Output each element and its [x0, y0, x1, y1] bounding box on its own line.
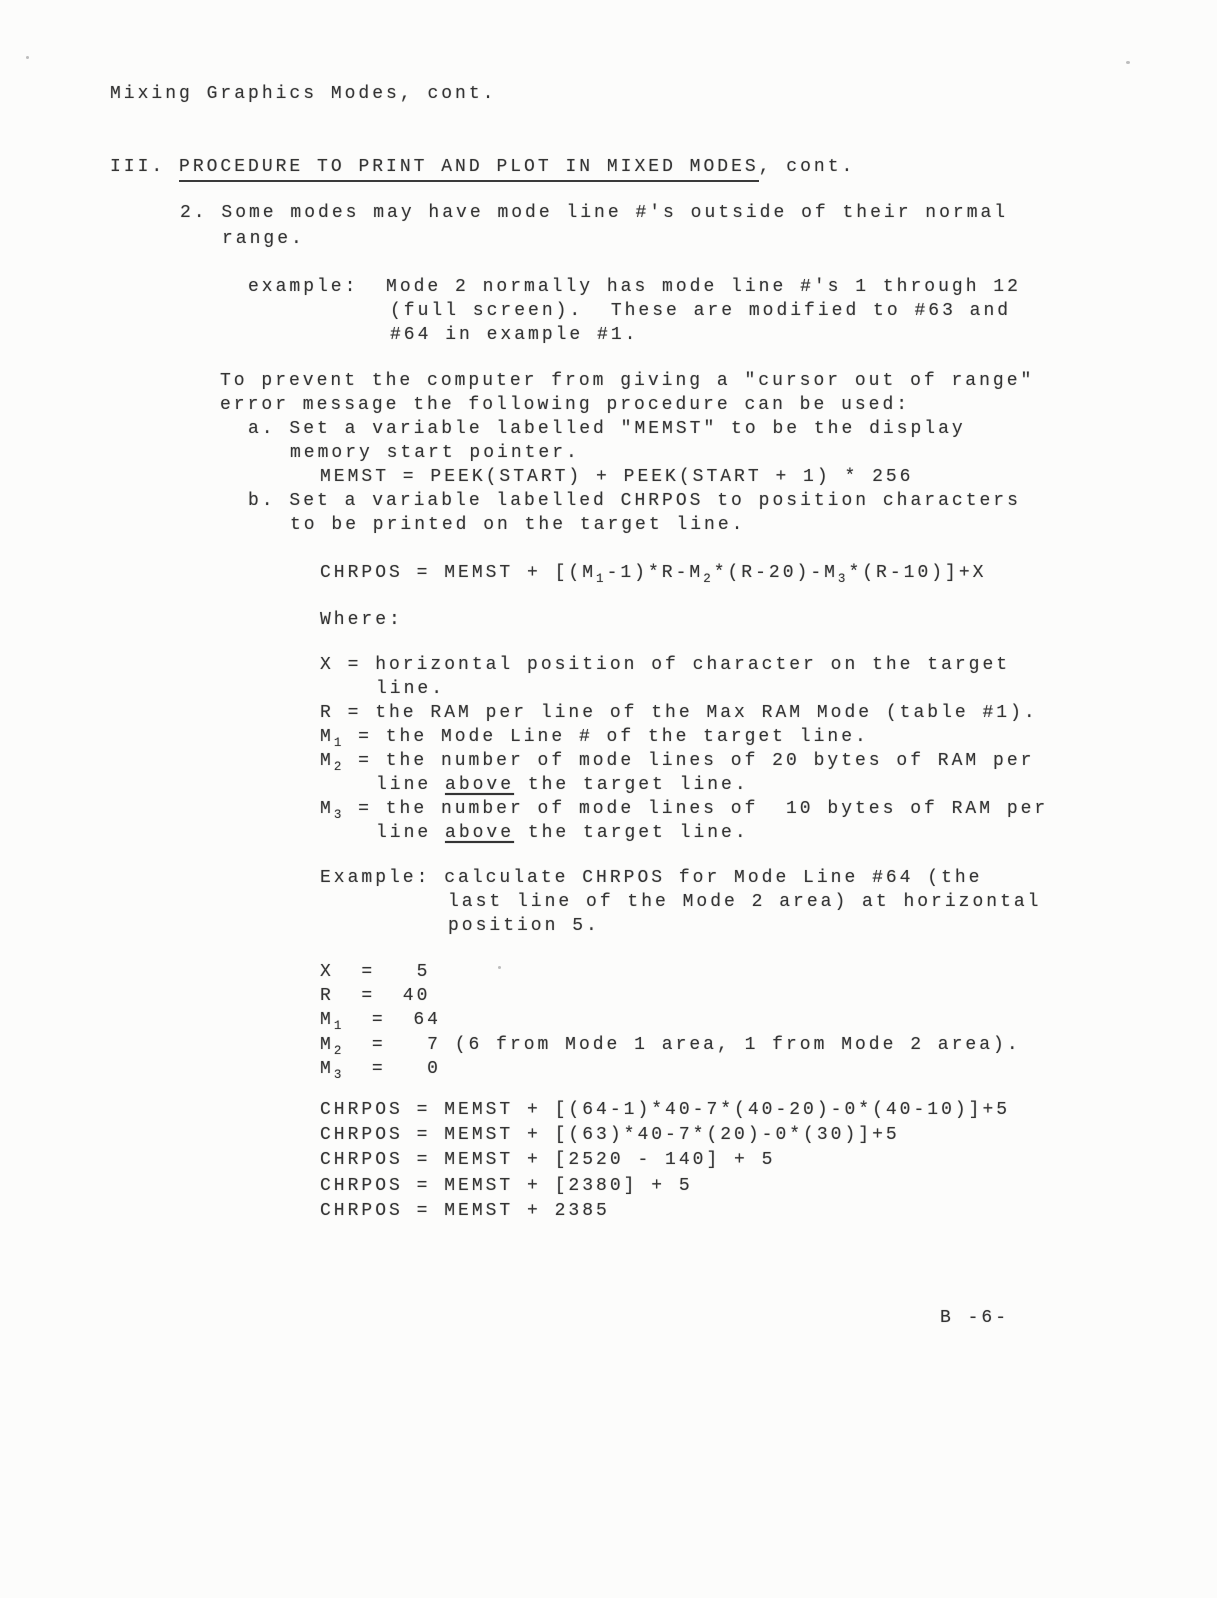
section-number: III.: [110, 157, 179, 177]
value-m1: M1 = 64: [320, 1009, 441, 1032]
step-a-line-2: memory start pointer.: [290, 442, 580, 464]
scan-speck: [498, 966, 501, 969]
definition-x-line-2: line.: [376, 678, 445, 700]
item-2-line-2: range.: [222, 228, 305, 250]
procedure-line-1: To prevent the computer from giving a "c…: [220, 370, 1034, 392]
worked-example-line-3: position 5.: [448, 915, 600, 937]
definition-m1: M1 = the Mode Line # of the target line.: [320, 726, 869, 749]
example-line-3: #64 in example #1.: [390, 324, 638, 346]
step-b-line-1: b. Set a variable labelled CHRPOS to pos…: [248, 490, 1021, 512]
scan-speck: [26, 56, 29, 59]
calc-line-1: CHRPOS = MEMST + [(64-1)*40-7*(40-20)-0*…: [320, 1099, 1010, 1121]
value-m2: M2 = 7 (6 from Mode 1 area, 1 from Mode …: [320, 1034, 1021, 1057]
scan-speck: [1126, 61, 1130, 64]
section-heading: III. PROCEDURE TO PRINT AND PLOT IN MIXE…: [110, 156, 855, 178]
value-r: R = 40: [320, 985, 430, 1007]
section-suffix: , cont.: [759, 157, 856, 177]
where-label: Where:: [320, 609, 403, 631]
value-m3: M3 = 0: [320, 1058, 441, 1081]
definition-r: R = the RAM per line of the Max RAM Mode…: [320, 702, 1038, 724]
page-header: Mixing Graphics Modes, cont.: [110, 83, 496, 105]
section-title: PROCEDURE TO PRINT AND PLOT IN MIXED MOD…: [179, 157, 759, 182]
item-2-line-1: 2. Some modes may have mode line #'s out…: [180, 202, 1008, 224]
example-line-2: (full screen). These are modified to #63…: [390, 300, 1011, 322]
definition-x-line-1: X = horizontal position of character on …: [320, 654, 1010, 676]
document-page: Mixing Graphics Modes, cont. III. PROCED…: [0, 0, 1217, 1598]
example-line-1: example: Mode 2 normally has mode line #…: [248, 276, 1021, 298]
worked-example-line-2: last line of the Mode 2 area) at horizon…: [448, 891, 1041, 913]
calc-line-3: CHRPOS = MEMST + [2520 - 140] + 5: [320, 1149, 775, 1171]
value-x: X = 5: [320, 961, 430, 983]
definition-m3-line-1: M3 = the number of mode lines of 10 byte…: [320, 798, 1048, 821]
calc-line-5: CHRPOS = MEMST + 2385: [320, 1200, 610, 1222]
step-a-line-1: a. Set a variable labelled "MEMST" to be…: [248, 418, 966, 440]
chrpos-formula: CHRPOS = MEMST + [(M1-1)*R-M2*(R-20)-M3*…: [320, 562, 986, 585]
worked-example-line-1: Example: calculate CHRPOS for Mode Line …: [320, 867, 982, 889]
page-number: B -6-: [940, 1307, 1009, 1329]
memst-formula: MEMST = PEEK(START) + PEEK(START + 1) * …: [320, 466, 913, 488]
definition-m3-line-2: line above the target line.: [376, 822, 749, 844]
step-b-line-2: to be printed on the target line.: [290, 514, 745, 536]
procedure-line-2: error message the following procedure ca…: [220, 394, 910, 416]
calc-line-2: CHRPOS = MEMST + [(63)*40-7*(20)-0*(30)]…: [320, 1124, 900, 1146]
definition-m2-line-1: M2 = the number of mode lines of 20 byte…: [320, 750, 1034, 773]
calc-line-4: CHRPOS = MEMST + [2380] + 5: [320, 1175, 693, 1197]
definition-m2-line-2: line above the target line.: [376, 774, 749, 796]
